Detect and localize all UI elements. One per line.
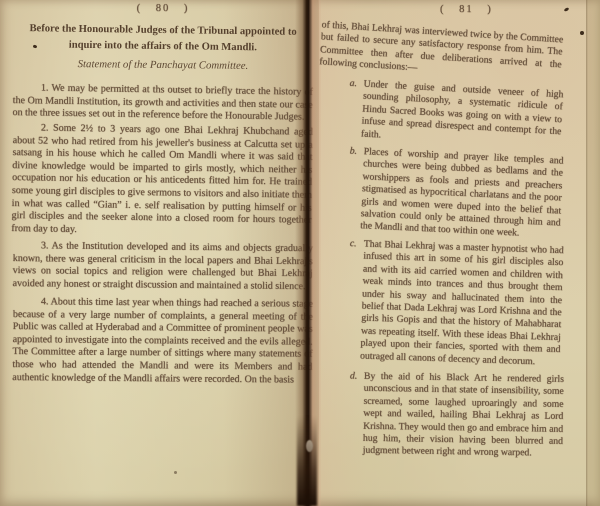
item-text-c: That Bhai Lekhraj was a master hypnotist… — [360, 238, 564, 369]
ink-speck — [174, 471, 177, 474]
conclusions-intro: of this, Bhai Lekhraj was interviewed tw… — [315, 19, 586, 85]
statement-subheading: Statement of the Panchayat Committee. — [13, 57, 313, 72]
paragraph-2: 2. Some 2½ to 3 years ago one Bhai Lekhr… — [11, 122, 313, 240]
item-label-d: d. — [349, 370, 364, 457]
page-edge — [586, 0, 600, 506]
conclusion-item-a: a. Under the guise and outside veneer of… — [315, 76, 586, 152]
page-81: ( 81 ) of this, Bhai Lekhraj was intervi… — [318, 0, 586, 506]
paragraph-4: 4. About this time last year when things… — [12, 296, 313, 387]
ink-speck — [580, 31, 584, 35]
paragraph-3: 3. As the Institution developed and its … — [12, 240, 313, 294]
conclusion-item-b: b. Places of worship and prayer like tem… — [314, 144, 586, 243]
conclusion-item-c: c. That Bhai Lekhraj was a master hypnot… — [314, 237, 586, 370]
item-text-a: Under the guise and outside veneer of hi… — [361, 78, 564, 151]
spine-highlight — [306, 440, 313, 452]
item-text-d: By the aid of his Black Art he rendered … — [363, 370, 564, 460]
page-number-81: ( 81 ) — [440, 4, 493, 15]
paragraph-1: 1. We may be permitted at ths outset to … — [12, 82, 313, 124]
open-book-photo: ( 80 ) Before the Honourable Judges of t… — [0, 0, 600, 506]
conclusion-item-d: d. By the aid of his Black Art he render… — [317, 370, 586, 461]
page-80: ( 80 ) Before the Honourable Judges of t… — [0, 0, 319, 506]
tribunal-heading: Before the Honourable Judges of the Trib… — [29, 21, 297, 56]
page-number-80: ( 80 ) — [13, 3, 313, 14]
item-text-b: Places of worship and prayer like temple… — [360, 146, 564, 242]
